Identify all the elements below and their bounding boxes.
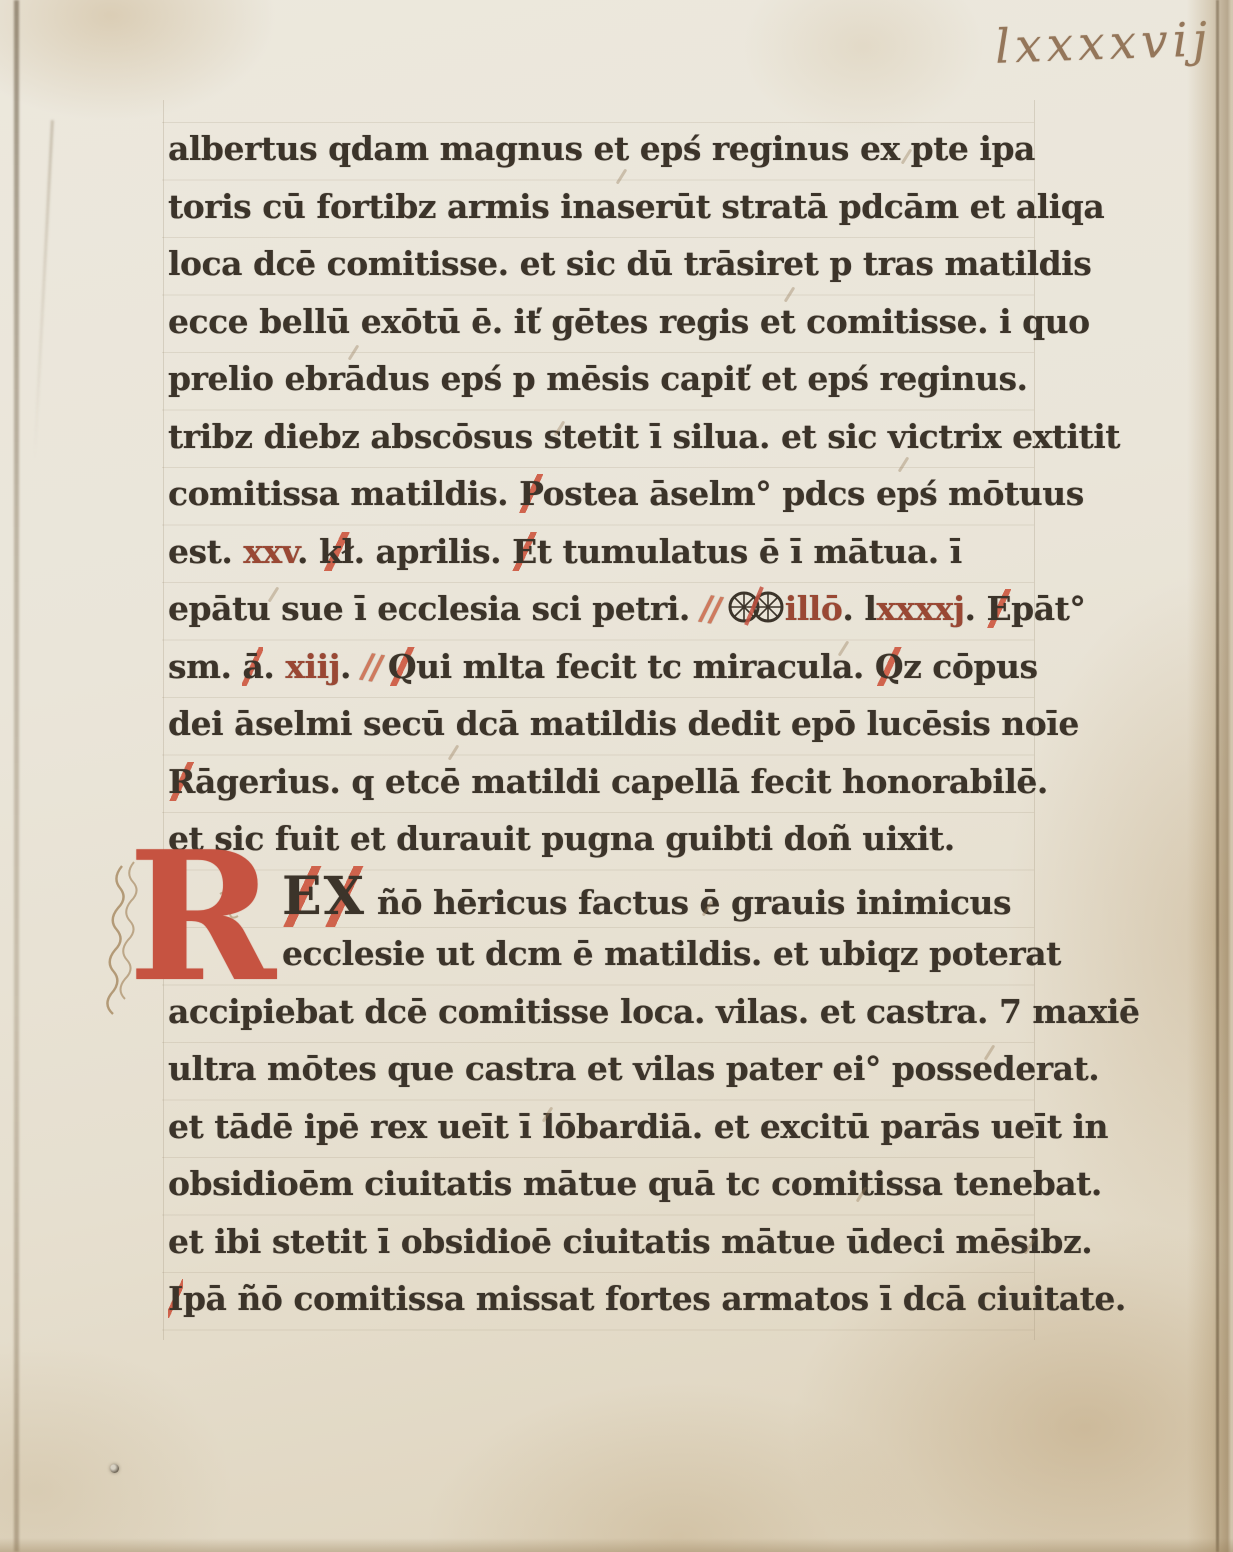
wheel-m-glyph: [728, 585, 784, 627]
rubric-segment: E: [512, 532, 537, 571]
versal-letter: X: [324, 866, 366, 927]
rubric-segment: kł: [319, 532, 354, 571]
text-line: dei āselmi secū dcā matildis dedit epō l…: [168, 695, 1036, 753]
rubric-segment: EX: [282, 866, 366, 927]
text-segment: accipiebat dcē comitisse loca. vilas. et…: [168, 992, 1139, 1031]
initial-letter: R: [128, 824, 276, 1009]
binding-gutter-crease: [14, 0, 19, 1552]
text-line: ecce bellū exōtū ē. iť gētes regis et co…: [168, 293, 1036, 351]
rubric-segment: I: [168, 1279, 183, 1318]
text-line: EX ñō hēricus factus ē grauis inimicus: [282, 868, 1036, 926]
pricking-hole: [110, 1464, 119, 1473]
left-crease: [33, 120, 54, 460]
text-line: ultra mōtes que castra et vilas pater ei…: [168, 1040, 1036, 1098]
rubric-segment: E: [987, 589, 1012, 628]
text-segment: ostea āselm° pdcs epś mōtuus: [543, 474, 1084, 513]
rubric-segment: P: [519, 474, 542, 513]
text-segment: et tādē ipē rex ueīt ī lōbardiā. et exci…: [168, 1107, 1108, 1146]
text-segment: et ibi stetit ī obsidioē ciuitatis mātue…: [168, 1222, 1092, 1261]
text-line: et sic fuit et durauit pugna guibti doñ …: [168, 810, 1036, 868]
text-segment: ñō hēricus factus ē grauis inimicus: [366, 883, 1011, 922]
text-segment: .: [340, 647, 351, 686]
text-segment: ui mlta fecit tc miracula.: [416, 647, 875, 686]
folio-number: lxxxxvij: [994, 12, 1216, 75]
text-segment: pāt°: [1011, 589, 1085, 628]
wheel-m-initial: M: [728, 585, 784, 645]
text-segment: .: [965, 589, 987, 628]
manuscript-photo: { "photo": { "description": "Medieval ma…: [0, 0, 1233, 1552]
leaf-edge-line: [1216, 0, 1219, 1552]
text-segment: ultra mōtes que castra et vilas pater ei…: [168, 1049, 1099, 1088]
text-line: obsidioēm ciuitatis mātue quā tc comitis…: [168, 1155, 1036, 1213]
initial-r: R: [100, 852, 275, 1037]
rubric-segment: ā: [242, 647, 263, 686]
text-line: accipiebat dcē comitisse loca. vilas. et…: [168, 983, 1036, 1041]
text-segment: est.: [168, 532, 243, 571]
text-segment: ecce bellū exōtū ē. iť gētes regis et co…: [168, 302, 1090, 341]
text-line: et tādē ipē rex ueīt ī lōbardiā. et exci…: [168, 1098, 1036, 1156]
versal-letter: E: [282, 866, 324, 927]
text-segment: dei āselmi secū dcā matildis dedit epō l…: [168, 704, 1079, 743]
text-segment: loca dcē comitisse. et sic dū trāsiret p…: [168, 244, 1091, 283]
text-line: prelio ebrādus epś p mēsis capiť et epś …: [168, 350, 1036, 408]
rubric-segment: R: [168, 762, 195, 801]
rubric-segment: //: [357, 637, 385, 697]
rubric-segment: xiij: [285, 647, 340, 686]
rubric-segment: illō: [785, 589, 843, 628]
rubric-segment: //: [696, 580, 724, 640]
text-segment: . l: [842, 589, 876, 628]
rubric-segment: Q: [388, 647, 416, 686]
text-segment: tribz diebz abscōsus stetit ī silua. et …: [168, 417, 1120, 456]
text-line: albertus qdam magnus et epś reginus ex p…: [168, 120, 1036, 178]
text-block: albertus qdam magnus et epś reginus ex p…: [168, 120, 1036, 1328]
leaf-edge-bottom: [0, 1538, 1233, 1552]
text-line: comitissa matildis. Postea āselm° pdcs e…: [168, 465, 1036, 523]
rubric-segment: xxxxj: [876, 589, 964, 628]
text-line: Rāgerius. q etcē matildi capellā fecit h…: [168, 753, 1036, 811]
leaf-edge-right: [1187, 0, 1233, 1552]
text-line: est. xxv. kł. aprilis. Et tumulatus ē ī …: [168, 523, 1036, 581]
margin-rule-left: [163, 100, 164, 1340]
text-segment: sm.: [168, 647, 242, 686]
text-line: et ibi stetit ī obsidioē ciuitatis mātue…: [168, 1213, 1036, 1271]
text-segment: toris cū fortibz armis inaserūt stratā p…: [168, 187, 1104, 226]
text-segment: .: [263, 647, 285, 686]
text-line: toris cū fortibz armis inaserūt stratā p…: [168, 178, 1036, 236]
text-line: loca dcē comitisse. et sic dū trāsiret p…: [168, 235, 1036, 293]
text-segment: epātu sue ī ecclesia sci petri.: [168, 589, 690, 628]
rubric-segment: Q: [875, 647, 903, 686]
text-segment: comitissa matildis.: [168, 474, 519, 513]
text-segment: t tumulatus ē ī mātua. ī: [537, 532, 962, 571]
text-segment: ecclesie ut dcm ē matildis. et ubiqz pot…: [282, 934, 1061, 973]
text-segment: albertus qdam magnus et epś reginus ex p…: [168, 129, 1035, 168]
parchment-leaf: lxxxxvij albertus qdam magnus et epś reg…: [0, 0, 1233, 1552]
text-line: ecclesie ut dcm ē matildis. et ubiqz pot…: [282, 925, 1036, 983]
text-line: Ipā ñō comitissa missat fortes armatos ī…: [168, 1270, 1036, 1328]
text-segment: obsidioēm ciuitatis mātue quā tc comitis…: [168, 1164, 1102, 1203]
text-segment: .: [297, 532, 319, 571]
text-segment: prelio ebrādus epś p mēsis capiť et epś …: [168, 359, 1028, 398]
text-line: epātu sue ī ecclesia sci petri.//Millō. …: [168, 580, 1036, 638]
text-segment: et sic fuit et durauit pugna guibti doñ …: [168, 819, 955, 858]
text-segment: pā ñō comitissa missat fortes armatos ī …: [183, 1279, 1126, 1318]
rubric-segment: xxv: [243, 532, 297, 571]
text-segment: z cōpus: [903, 647, 1037, 686]
text-line: sm. ā. xiij.//Qui mlta fecit tc miracula…: [168, 638, 1036, 696]
text-segment: . aprilis.: [354, 532, 513, 571]
text-segment: āgerius. q etcē matildi capellā fecit ho…: [195, 762, 1048, 801]
